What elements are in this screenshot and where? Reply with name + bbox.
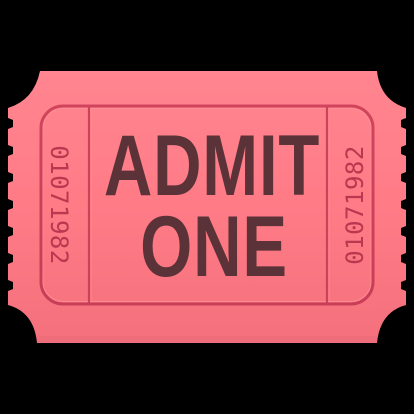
ticket-emoji-canvas: ADMIT ONE 01071982 01071982 bbox=[0, 0, 414, 414]
headline-one: ONE bbox=[140, 199, 288, 295]
admit-one-ticket-icon: ADMIT ONE 01071982 01071982 bbox=[0, 0, 414, 414]
serial-number-right: 01071982 bbox=[341, 145, 369, 265]
ticket-bottom-shade bbox=[37, 336, 377, 343]
serial-number-left: 01071982 bbox=[45, 145, 73, 265]
